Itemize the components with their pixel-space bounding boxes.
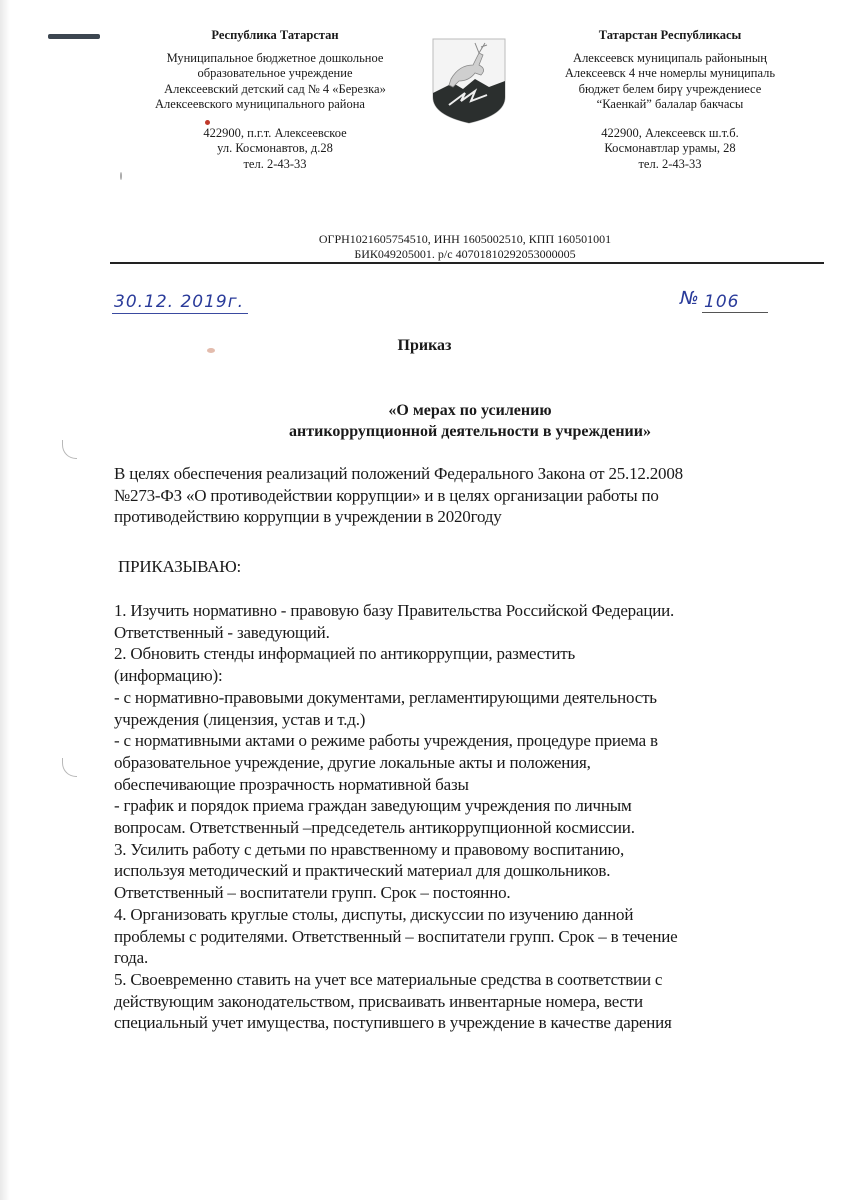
scan-edge-shadow [0, 0, 10, 1200]
address-line: 422900, Алексеевск ш.т.б. [525, 126, 815, 142]
scan-speck [120, 172, 122, 180]
item-line: (информацию): [114, 665, 834, 687]
registration-line: ОГРН1021605754510, ИНН 1605002510, КПП 1… [230, 232, 700, 247]
document-subject: «О мерах по усилению антикоррупционной д… [110, 400, 830, 442]
preamble: В целях обеспечения реализаций положений… [114, 463, 834, 528]
order-heading: ПРИКАЗЫВАЮ: [118, 556, 838, 578]
item-line: вопросам. Ответственный –председетель ан… [114, 817, 834, 839]
registration-details: ОГРН1021605754510, ИНН 1605002510, КПП 1… [230, 232, 700, 261]
address-block: 422900, Алексеевск ш.т.б. Космонавтлар у… [525, 126, 815, 173]
handwritten-date: 30.12. 2019г. [112, 292, 248, 314]
org-line: Алексеевск муниципаль районының [525, 51, 815, 67]
address-line: тел. 2-43-33 [140, 157, 410, 173]
address-line: тел. 2-43-33 [525, 157, 815, 173]
item-line: 3. Усилить работу с детьми по нравственн… [114, 839, 834, 861]
org-line: образовательное учреждение [140, 66, 410, 82]
preamble-line: №273-ФЗ «О противодействии коррупции» и … [114, 485, 834, 507]
item-line: 1. Изучить нормативно - правовую базу Пр… [114, 600, 834, 622]
item-line: специальный учет имущества, поступившего… [114, 1012, 834, 1034]
registration-line: БИК049205001. р/с 40701810292053000005 [230, 247, 700, 262]
preamble-line: противодействию коррупции в учреждении в… [114, 506, 834, 528]
letterhead-right: Татарстан Республикасы Алексеевск муници… [525, 28, 815, 172]
org-line: бюджет белем бирү учреждениесе [525, 82, 815, 98]
item-line: - с нормативными актами о режиме работы … [114, 730, 834, 752]
order-items: 1. Изучить нормативно - правовую базу Пр… [114, 600, 834, 1034]
scan-speck [207, 348, 215, 353]
address-line: ул. Космонавтов, д.28 [140, 141, 410, 157]
item-line: - график и порядок приема граждан заведу… [114, 795, 834, 817]
item-line: Ответственный - заведующий. [114, 622, 834, 644]
number-sign: № [680, 288, 700, 309]
org-line: Алексеевск 4 нче номерлы муниципаль [525, 66, 815, 82]
document-title: Приказ [0, 337, 849, 355]
letterhead-left: Республика Татарстан Муниципальное бюдже… [140, 28, 410, 172]
subject-line: «О мерах по усилению [110, 400, 830, 421]
address-line: Космонавтлар урамы, 28 [525, 141, 815, 157]
letterhead-left-title: Республика Татарстан [140, 28, 410, 44]
scan-speck [205, 120, 210, 125]
punch-hole-mark [62, 758, 77, 777]
item-line: проблемы с родителями. Ответственный – в… [114, 926, 834, 948]
item-line: 2. Обновить стенды информацией по антико… [114, 643, 834, 665]
staple-mark [48, 34, 100, 39]
item-line: 5. Своевременно ставить на учет все мате… [114, 969, 834, 991]
org-line: Алексеевского муниципального района [110, 97, 410, 113]
org-line: Муниципальное бюджетное дошкольное [140, 51, 410, 67]
preamble-line: В целях обеспечения реализаций положений… [114, 463, 834, 485]
org-line: Алексеевский детский сад № 4 «Березка» [140, 82, 410, 98]
address-block: 422900, п.г.т. Алексеевское ул. Космонав… [140, 126, 410, 173]
item-line: учреждения (лицензия, устав и т.д.) [114, 709, 834, 731]
letterhead-right-title: Татарстан Республикасы [525, 28, 815, 44]
header-divider [110, 262, 824, 264]
item-line: обеспечивающие прозрачность нормативной … [114, 774, 834, 796]
item-line: 4. Организовать круглые столы, диспуты, … [114, 904, 834, 926]
org-line: “Каенкай” балалар бакчасы [525, 97, 815, 113]
item-line: - с нормативно-правовыми документами, ре… [114, 687, 834, 709]
subject-line: антикоррупционной деятельности в учрежде… [110, 421, 830, 442]
item-line: года. [114, 947, 834, 969]
item-line: действующим законодательством, присваива… [114, 991, 834, 1013]
item-line: образовательное учреждение, другие локал… [114, 752, 834, 774]
address-line: 422900, п.г.т. Алексеевское [140, 126, 410, 142]
coat-of-arms-deer-icon [429, 35, 509, 125]
handwritten-order-number: 106 [702, 292, 768, 313]
item-line: Ответственный – воспитатели групп. Срок … [114, 882, 834, 904]
punch-hole-mark [62, 440, 77, 459]
item-line: используя методический и практический ма… [114, 860, 834, 882]
